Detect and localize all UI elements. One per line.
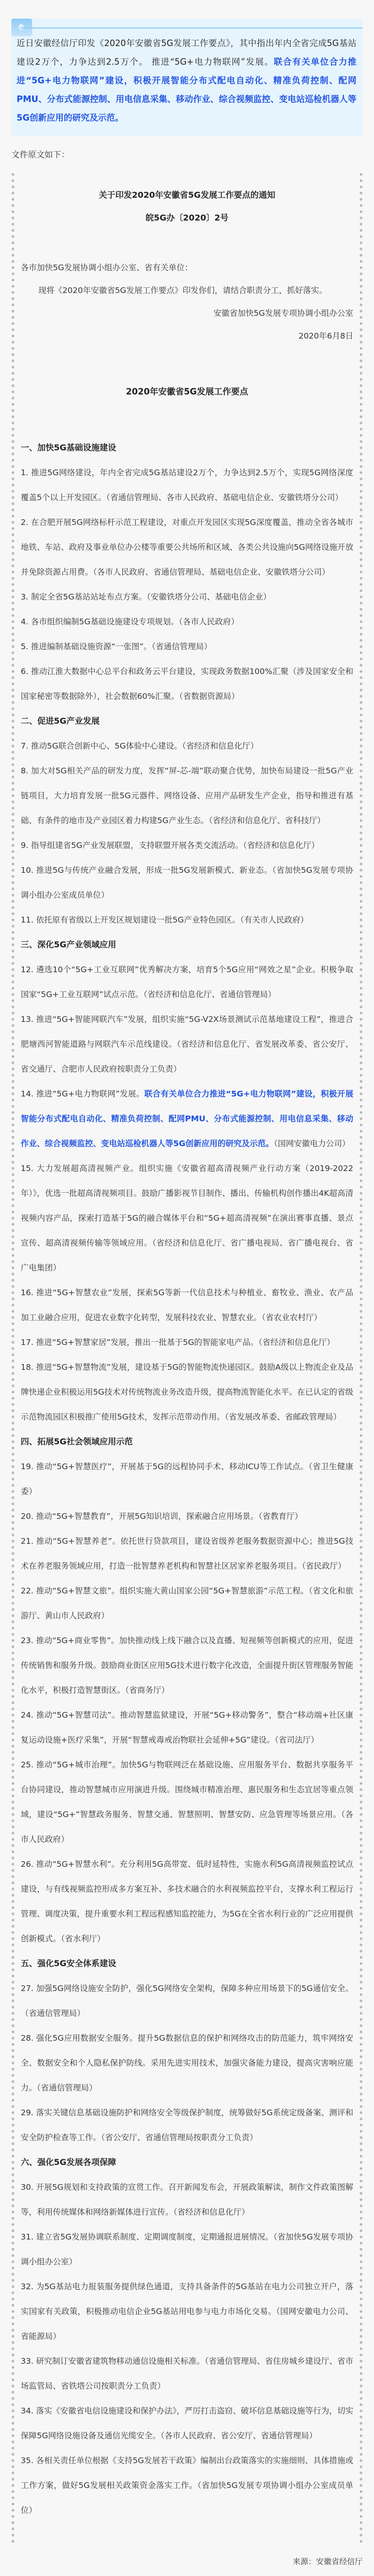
sections-container: 一、加快5G基础设施建设1. 推进5G网络建设，年内全省完成5G基站建设2万个，… — [21, 435, 353, 2523]
work-item-text: 18. 推进“5G+智慧物流”发展，建设基于5G的智能物流快递园区。鼓励A级以上… — [21, 1363, 353, 1422]
work-item: 34. 落实《安徽省电信设施建设和保护办法》，严厉打击盗窃、破坏信息基础设施等行… — [21, 2398, 353, 2448]
work-item-text: 1. 推进5G网络建设，年内全省完成5G基站建设2万个，力争达到2.5万个，实现… — [21, 468, 353, 502]
work-item: 14. 推进“5G+电力物联网”发展。联合有关单位合力推进“5G+电力物联网”建… — [21, 1081, 353, 1156]
work-item-text: 33. 研究制订安徽省建筑物移动通信设施相关标准。（省通信管理局、省住房城乡建设… — [21, 2357, 353, 2391]
intro-callout: 近日安徽经信厅印发《2020年安徽省5G发展工作要点》，其中指出年内全省完成5G… — [11, 19, 363, 136]
work-item-text: 4. 各市组织编制5G基础设施建设专项规划。（各市人民政府） — [21, 617, 239, 626]
section-heading: 四、拓展5G社会领域应用示范 — [21, 1429, 353, 1454]
work-item: 33. 研究制订安徽省建筑物移动通信设施相关标准。（省通信管理局、省住房城乡建设… — [21, 2349, 353, 2398]
section-heading: 三、深化5G产业领域应用 — [21, 932, 353, 957]
section-heading: 五、强化5G安全体系建设 — [21, 1951, 353, 1976]
work-item: 10. 推进5G与传统产业融合发展，形成一批5G发展新模式、新业态。（省加快5G… — [21, 858, 353, 908]
work-item-text: 7. 推动5G联合创新中心、5G体验中心建设。（省经济和信息化厅） — [21, 741, 258, 751]
work-item: 1. 推进5G网络建设，年内全省完成5G基站建设2万个，力争达到2.5万个，实现… — [21, 460, 353, 510]
work-item: 31. 建立省5G发展协调联系制度、定期调度制度，定期通报进展情况。（省加快5G… — [21, 2224, 353, 2274]
work-item: 21. 推动“5G+智慧养老”。依托世行贷款项目，建设省级养老服务数据资源中心；… — [21, 1529, 353, 1578]
section-heading: 六、强化5G发展各项保障 — [21, 2150, 353, 2175]
work-item: 8. 加大对5G相关产品的研发力度，发挥“屏-芯-端”联动聚合优势，加快布局建设… — [21, 758, 353, 833]
section-heading: 二、促进5G产业发展 — [21, 709, 353, 734]
work-item-text: 14. 推进“5G+电力物联网”发展。 — [21, 1089, 145, 1099]
work-item: 18. 推进“5G+智慧物流”发展，建设基于5G的智能物流快递园区。鼓励A级以上… — [21, 1355, 353, 1429]
work-item-text: 35. 各相关责任单位根据《支持5G发展若干政策》编制出台政策落实的实施细则、具… — [21, 2456, 353, 2515]
work-item-text: 8. 加大对5G相关产品的研发力度，发挥“屏-芯-端”联动聚合优势，加快布局建设… — [21, 766, 353, 825]
work-item: 27. 加强5G网络设施安全防护，强化5G网络安全架构，保障多种应用场景下的5G… — [21, 1976, 353, 2026]
work-item-text: 11. 依托原有省级以上开发区规划建设一批5G产业特色园区。（有关市人民政府） — [21, 915, 308, 925]
work-item-text: 19. 推动“5G+智慧医疗”，开展基于5G的远程协同手术、移动ICU等工作试点… — [21, 1462, 353, 1496]
work-item: 9. 指导组建省5G产业发展联盟，支持联盟开展各类交流活动。（省经济和信息化厅） — [21, 833, 353, 858]
work-item: 32. 为5G基站电力报装服务提供绿色通道，支持具备条件的5G基站在电力公司独立… — [21, 2274, 353, 2349]
work-item-text: 6. 推动江淮大数据中心总平台和政务云平台建设，实现政务数据100%汇聚（涉及国… — [21, 667, 353, 701]
work-item: 26. 推动“5G+智慧水利”。充分利用5G高带宽、低时延特性，实施水利5G高清… — [21, 1852, 353, 1951]
work-item-text: 31. 建立省5G发展协调联系制度、定期调度制度，定期通报进展情况。（省加快5G… — [21, 2232, 353, 2266]
work-item-text: 20. 推动“5G+智慧教育”，开展5G知识培训，探索融合应用场景。（省教育厅） — [21, 1512, 303, 1521]
notice-title: 关于印发2020年安徽省5G发展工作要点的通知 — [21, 184, 353, 207]
work-item: 28. 强化5G应用数据安全服务。提升5G数据信息的保护和网络攻击的防范能力，筑… — [21, 2026, 353, 2100]
work-item-text: 17. 推进“5G+智慧家居”发展，推出一批基于5G的智能家电产品。（省经济和信… — [21, 1338, 335, 1347]
intro-highlight: 联合有关单位合力推进“5G+电力物联网”建设，积极开展智能分布式配电自动化、精准… — [17, 57, 356, 123]
work-item: 11. 依托原有省级以上开发区规划建设一批5G产业特色园区。（有关市人民政府） — [21, 908, 353, 932]
work-item-text: 30. 开展5G规划和支持政策的宣贯工作。召开新闻发布会，开展政策解读，制作文件… — [21, 2183, 353, 2217]
work-item-text: 2. 在合肥开展5G网络标杆示范工程建设，对重点开发园区实现5G深度覆盖，推动全… — [21, 518, 353, 577]
work-item: 30. 开展5G规划和支持政策的宣贯工作。召开新闻发布会，开展政策解读，制作文件… — [21, 2175, 353, 2224]
work-item-text: 12. 遴选10个“5G+工业互联网”优秀解决方案，培育5个5G应用“网效之星”… — [21, 965, 353, 999]
notice-body: 现将《2020年安徽省5G发展工作要点》印发你们，请结合职责分工，抓好落实。 — [21, 279, 353, 302]
work-item-text: 24. 推动“5G+智慧司法”。推动智慧监狱建设，开展“5G+移动警务”，整合“… — [21, 1710, 353, 1745]
work-item: 15. 大力发展超高清视频产业。组织实施《安徽省超高清视频产业行动方案（2019… — [21, 1156, 353, 1280]
work-item: 12. 遴选10个“5G+工业互联网”优秀解决方案，培育5个5G应用“网效之星”… — [21, 957, 353, 1007]
work-item-text: 10. 推进5G与传统产业融合发展，形成一批5G发展新模式、新业态。（省加快5G… — [21, 866, 353, 900]
work-item: 17. 推进“5G+智慧家居”发展，推出一批基于5G的智能家电产品。（省经济和信… — [21, 1330, 353, 1355]
notice-doc-number: 皖5G办〔2020〕2号 — [21, 207, 353, 229]
work-item-text: 15. 大力发展超高清视频产业。组织实施《安徽省超高清视频产业行动方案（2019… — [21, 1164, 353, 1272]
work-item: 4. 各市组织编制5G基础设施建设专项规划。（各市人民政府） — [21, 609, 353, 634]
work-item-text: 26. 推动“5G+智慧水利”。充分利用5G高带宽、低时延特性，实施水利5G高清… — [21, 1860, 353, 1943]
work-item: 13. 推进“5G+智能网联汽车”发展，组织实施“5G-V2X场景测试示范基地建… — [21, 1007, 353, 1081]
work-item: 35. 各相关责任单位根据《支持5G发展若干政策》编制出台政策落实的实施细则、具… — [21, 2448, 353, 2523]
work-item-text: 25. 推动“5G+城市治理”。加快5G与物联网泛在基础设施、应用服务平台、数据… — [21, 1760, 353, 1844]
work-item: 24. 推动“5G+智慧司法”。推动智慧监狱建设，开展“5G+移动警务”，整合“… — [21, 1703, 353, 1752]
notice-issuer: 安徽省加快5G发展专项协调小组办公室 — [21, 302, 353, 325]
bubble-dot-icon — [19, 24, 24, 30]
work-item: 20. 推动“5G+智慧教育”，开展5G知识培训，探索融合应用场景。（省教育厅） — [21, 1504, 353, 1529]
work-item-text: 21. 推动“5G+智慧养老”。依托世行贷款项目，建设省级养老服务数据资源中心；… — [21, 1536, 353, 1571]
source-credit: 来源：安徽省经信厅 — [0, 2543, 374, 2576]
main-title: 2020年安徽省5G发展工作要点 — [21, 379, 353, 404]
work-item: 22. 推动“5G+智慧文旅”。组织实施大黄山国家公园“5G+智慧旅游”示范工程… — [21, 1578, 353, 1628]
callout-divider — [21, 27, 363, 28]
work-item-text: 23. 推动“5G+商业零售”。加快推动线上线下融合以及直播、短视频等创新模式的… — [21, 1636, 353, 1695]
work-item-text: 27. 加强5G网络设施安全防护，强化5G网络安全架构，保障多种应用场景下的5G… — [21, 1984, 353, 2018]
work-item-text: 32. 为5G基站电力报装服务提供绿色通道，支持具备条件的5G基站在电力公司独立… — [21, 2282, 353, 2341]
work-item-text: 16. 推进“5G+智慧农业”发展，探索5G等新一代信息技术与种植业、畜牧业、渔… — [21, 1288, 353, 1322]
notice-date: 2020年6月8日 — [21, 325, 353, 347]
work-item: 25. 推动“5G+城市治理”。加快5G与物联网泛在基础设施、应用服务平台、数据… — [21, 1752, 353, 1852]
document-frame: 关于印发2020年安徽省5G发展工作要点的通知 皖5G办〔2020〕2号 各市加… — [11, 171, 363, 2543]
work-item: 3. 制定全省5G基站站址布点方案。（安徽铁塔分公司、基础电信企业） — [21, 584, 353, 609]
work-item: 16. 推进“5G+智慧农业”发展，探索5G等新一代信息技术与种植业、畜牧业、渔… — [21, 1280, 353, 1330]
intro-text: 近日安徽经信厅印发《2020年安徽省5G发展工作要点》，其中指出年内全省完成5G… — [17, 34, 356, 127]
work-item-text: 29. 落实关键信息基础设施防护和网络安全等级保护制度，统筹做好5G系统定级备案… — [21, 2108, 353, 2142]
work-item: 19. 推动“5G+智慧医疗”，开展基于5G的远程协同手术、移动ICU等工作试点… — [21, 1454, 353, 1504]
work-item-text: 3. 制定全省5G基站站址布点方案。（安徽铁塔分公司、基础电信企业） — [21, 592, 271, 602]
work-item-responsible: （国网安徽电力公司） — [274, 1139, 350, 1148]
original-text-label: 文件原文如下： — [11, 148, 363, 160]
work-item: 29. 落实关键信息基础设施防护和网络安全等级保护制度，统筹做好5G系统定级备案… — [21, 2100, 353, 2150]
work-item-text: 13. 推进“5G+智能网联汽车”发展，组织实施“5G-V2X场景测试示范基地建… — [21, 1015, 353, 1074]
work-item: 23. 推动“5G+商业零售”。加快推动线上线下融合以及直播、短视频等创新模式的… — [21, 1628, 353, 1703]
section-heading: 一、加快5G基础设施建设 — [21, 435, 353, 460]
work-item-text: 22. 推动“5G+智慧文旅”。组织实施大黄山国家公园“5G+智慧旅游”示范工程… — [21, 1586, 353, 1620]
work-item-text: 34. 落实《安徽省电信设施建设和保护办法》，严厉打击盗窃、破坏信息基础设施等行… — [21, 2406, 353, 2440]
article-page: 近日安徽经信厅印发《2020年安徽省5G发展工作要点》，其中指出年内全省完成5G… — [0, 0, 374, 160]
work-item: 6. 推动江淮大数据中心总平台和政务云平台建设，实现政务数据100%汇聚（涉及国… — [21, 659, 353, 709]
work-item: 7. 推动5G联合创新中心、5G体验中心建设。（省经济和信息化厅） — [21, 734, 353, 758]
work-item-text: 9. 指导组建省5G产业发展联盟，支持联盟开展各类交流活动。（省经济和信息化厅） — [21, 841, 319, 850]
work-item-text: 5. 推进编制基础设施资源“一张图”。（省通信管理局） — [21, 642, 212, 651]
work-item: 5. 推进编制基础设施资源“一张图”。（省通信管理局） — [21, 634, 353, 659]
work-item-text: 28. 强化5G应用数据安全服务。提升5G数据信息的保护和网络攻击的防范能力，筑… — [21, 2033, 353, 2092]
work-item: 2. 在合肥开展5G网络标杆示范工程建设，对重点开发园区实现5G深度覆盖，推动全… — [21, 510, 353, 584]
notice-addressee: 各市加快5G发展协调小组办公室、省有关单位： — [21, 256, 353, 279]
